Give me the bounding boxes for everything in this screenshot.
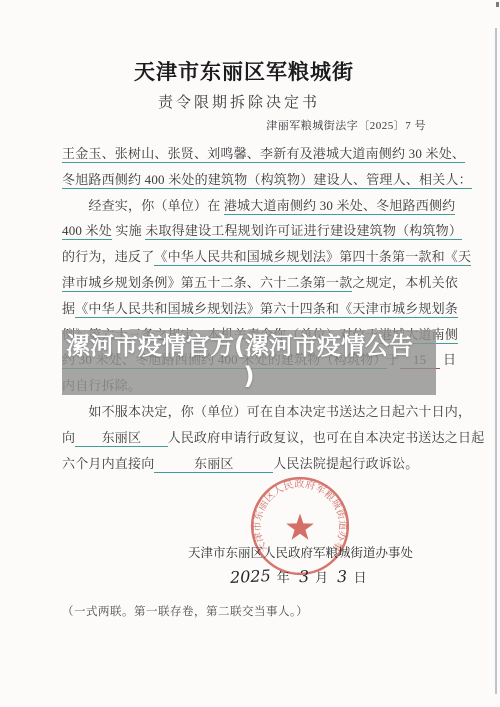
doc-line: 400 米处 实施 未取得建设工程规划许可证进行建设建筑物（构筑物） — [62, 218, 442, 244]
filled-in-field-text: 王金玉、张树山、张贤、刘鸣馨、李新有及港城大道南侧约 30 米处、 — [62, 146, 465, 163]
doc-line: 如不服本决定，你（单位）可在自本决定书送达之日起六十日内， — [62, 399, 442, 425]
issue-date-day: 3 — [337, 567, 348, 587]
form-text: 的行为，违反了 — [62, 249, 154, 264]
filled-in-field-text: 津市城乡规划条例》第五十二条、六十二条第一款 — [62, 275, 352, 292]
issue-date-month: 3 — [298, 567, 309, 587]
form-text: 实施 — [112, 223, 145, 238]
watermark-banner: 漯河市疫情官方(漯河市疫情公告 ) — [62, 330, 436, 395]
filled-in-field-text: 400 米处 — [62, 223, 112, 240]
footer-note: （一式两联。第一联存卷，第二联交当事人。） — [62, 603, 308, 619]
form-text: 据 — [62, 301, 75, 316]
form-text: 人民法院提起行政诉讼。 — [273, 456, 418, 471]
scanned-document-page: 天津市东丽区军粮城街 责令限期拆除决定书 津丽军粮城街法字〔2025〕7 号 王… — [0, 0, 500, 707]
form-text: 人民政府申请行政复议，也可在自本决定书送达之日起 — [168, 430, 485, 445]
seal-star-icon — [286, 514, 314, 540]
doc-line: 据《中华人民共和国城乡规划法》第六十四条和《天津市城乡规划条 — [62, 296, 442, 322]
form-text: 六个月内直接向 — [62, 456, 154, 471]
doc-line: 的行为，违反了《中华人民共和国城乡规划法》第四十条第一款和《天 — [62, 244, 442, 270]
doc-line: 王金玉、张树山、张贤、刘鸣馨、李新有及港城大道南侧约 30 米处、 — [62, 141, 442, 167]
form-text: 经查实，你（单位）在 — [62, 198, 224, 213]
filled-in-field-text: 冬旭路西侧约 400 米处的建筑物（构筑物）建设人、管理人、相关人： — [62, 172, 472, 189]
issuing-authority: 天津市东丽区人民政府军粮城街道办事处 — [188, 543, 413, 561]
year-label: 年 — [277, 567, 290, 586]
scan-edge-line — [495, 28, 497, 694]
issue-date: 2025年 3月 3日 — [230, 567, 373, 586]
official-seal-stamp: 天津市东丽区人民政府军粮城街道办事处 — [248, 474, 352, 578]
filled-in-field-text: 东丽区 — [75, 430, 167, 447]
doc-line: 六个月内直接向 东丽区 人民法院提起行政诉讼。 — [62, 451, 442, 477]
watermark-text-line1: 漯河市疫情官方(漯河市疫情公告 — [62, 330, 436, 361]
filled-in-field-text: 港城大道南侧约 30 米处、冬旭路西侧约 — [224, 198, 456, 215]
filled-in-field-text: 《中华人民共和国城乡规划法》第四十条第一款和《天 — [154, 249, 471, 266]
form-text: 向 — [62, 430, 75, 445]
filled-in-field-text: 《中华人民共和国城乡规划法》第六十四条和《天津市城乡规划条 — [75, 301, 458, 318]
issue-date-year: 2025 — [230, 566, 272, 587]
month-label: 月 — [315, 567, 328, 586]
doc-line: 津市城乡规划条例》第五十二条、六十二条第一款之规定，本机关依 — [62, 270, 442, 296]
doc-number: 津丽军粮城街法字〔2025〕7 号 — [266, 117, 426, 133]
doc-line: 经查实，你（单位）在 港城大道南侧约 30 米处、冬旭路西侧约 — [62, 193, 442, 219]
doc-subtitle: 责令限期拆除决定书 — [0, 91, 478, 112]
doc-title: 天津市东丽区军粮城街 — [0, 56, 488, 86]
day-label: 日 — [354, 567, 367, 586]
scan-corner-artifact — [496, 2, 499, 7]
filled-in-field-text: 东丽区 — [154, 456, 273, 473]
doc-line: 向 东丽区 人民政府申请行政复议，也可在自本决定书送达之日起 — [62, 425, 442, 451]
document-body: 王金玉、张树山、张贤、刘鸣馨、李新有及港城大道南侧约 30 米处、冬旭路西侧约 … — [62, 141, 442, 476]
form-text: 如不服本决定，你（单位）可在自本决定书送达之日起六十日内， — [62, 404, 471, 419]
filled-in-field-text: 未取得建设工程规划许可证进行建设建筑物（构筑物） — [145, 223, 462, 240]
form-text: 之规定，本机关依 — [352, 275, 458, 290]
doc-line: 冬旭路西侧约 400 米处的建筑物（构筑物）建设人、管理人、相关人： — [62, 167, 442, 193]
watermark-text-line2: ) — [244, 361, 255, 391]
seal-graphic: 天津市东丽区人民政府军粮城街道办事处 — [248, 474, 352, 578]
form-text: 日 — [440, 352, 457, 367]
